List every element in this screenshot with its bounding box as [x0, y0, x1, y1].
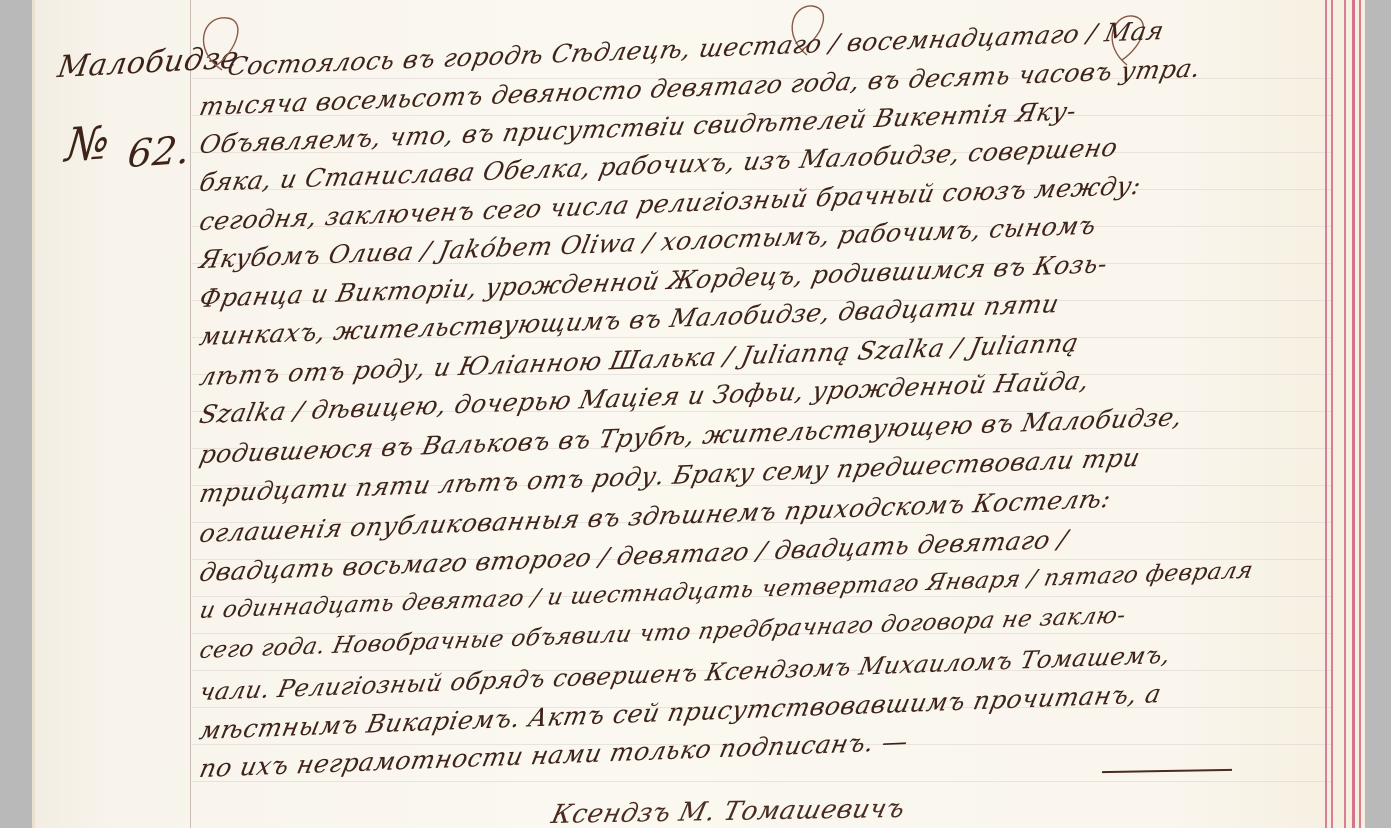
signature-partial: Ксендзъ М. Томашевичъ	[549, 794, 908, 828]
ruled-line	[192, 781, 1332, 782]
page-edge	[32, 0, 35, 828]
margin-rule	[190, 0, 191, 828]
red-rule	[1359, 0, 1361, 828]
act-number-label: №	[63, 115, 113, 173]
red-rule	[1344, 0, 1346, 828]
red-rule	[1352, 0, 1355, 828]
red-rule	[1325, 0, 1327, 828]
document-page: Малобидзе № 62. Состоялось въ городѣ Сѣд…	[32, 0, 1365, 828]
act-number: 62.	[126, 127, 192, 176]
red-rule	[1331, 0, 1333, 828]
closing-stroke	[1102, 769, 1232, 773]
